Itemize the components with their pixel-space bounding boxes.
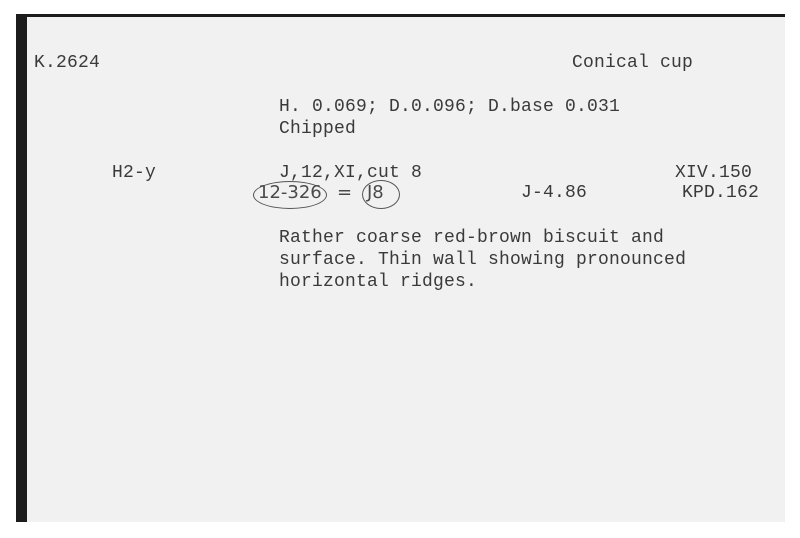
condition: Chipped <box>279 118 356 140</box>
handwritten-equals: = <box>337 182 352 203</box>
dimensions: H. 0.069; D.0.096; D.base 0.031 <box>279 96 620 118</box>
kpd-ref: KPD.162 <box>682 182 759 204</box>
description-line-2: surface. Thin wall showing pronounced <box>279 249 686 271</box>
description-line-1: Rather coarse red-brown biscuit and <box>279 227 664 249</box>
catalog-number: K.2624 <box>34 52 100 74</box>
notebook-ref: XIV.150 <box>675 162 752 184</box>
handwritten-ref-right: J8 <box>367 182 384 203</box>
section-code: H2-y <box>112 162 156 184</box>
description-line-3: horizontal ridges. <box>279 271 477 293</box>
object-type: Conical cup <box>572 52 693 74</box>
handwritten-ref-left: 12-326 <box>258 182 322 203</box>
photo-ref: J-4.86 <box>521 182 587 204</box>
